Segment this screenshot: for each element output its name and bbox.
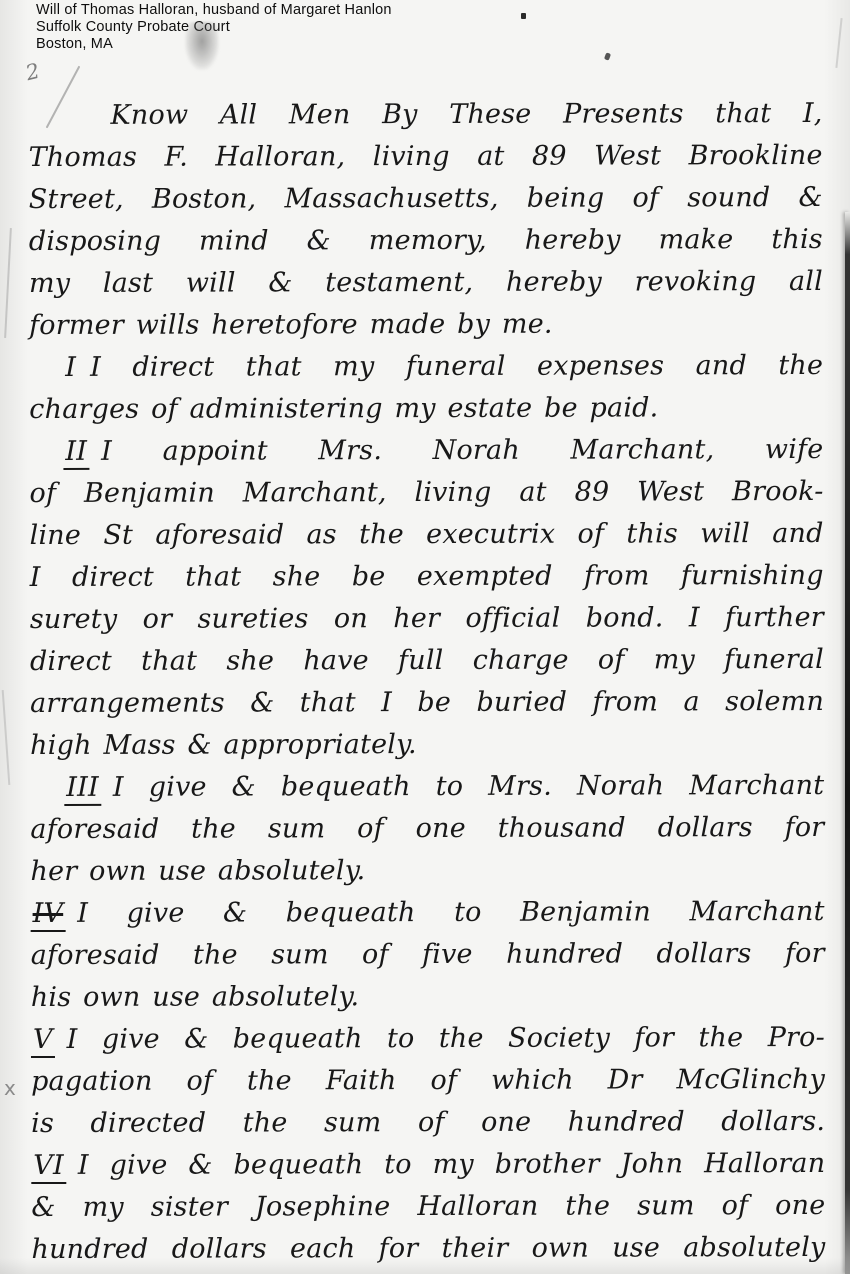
- manuscript: Know All Men By These Presents that I, T…: [28, 93, 825, 1271]
- manuscript-line-text: I give & bequeath to my brother John Hal…: [78, 1148, 826, 1181]
- manuscript-line: Street, Boston, Massachusetts, being of …: [29, 177, 823, 221]
- manuscript-line: aforesaid the sum of one thousand dollar…: [30, 807, 824, 851]
- ink-smudge-artifact: [185, 22, 219, 70]
- scan-scratch-artifact: [4, 228, 12, 338]
- manuscript-line-text: I give & bequeath to Benjamin Marchant: [77, 896, 825, 929]
- manuscript-line-text: arrangements & that I be buried from a s…: [30, 686, 824, 719]
- manuscript-line: I direct that she be exempted from furni…: [30, 555, 824, 599]
- manuscript-line-text: line St aforesaid as the executrix of th…: [30, 518, 824, 551]
- scan-speck-artifact: [604, 52, 611, 60]
- manuscript-line: of Benjamin Marchant, living at 89 West …: [29, 471, 823, 515]
- manuscript-line: aforesaid the sum of five hundred dollar…: [31, 933, 825, 977]
- manuscript-line-text: Thomas F. Halloran, living at 89 West Br…: [29, 140, 823, 173]
- scan-scratch-artifact: [2, 690, 11, 785]
- manuscript-line: IVI give & bequeath to Benjamin Marchant: [31, 891, 825, 935]
- scan-scratch-artifact: [835, 18, 842, 68]
- manuscript-line: line St aforesaid as the executrix of th…: [30, 513, 824, 557]
- manuscript-line-text: high Mass & appropriately.: [30, 729, 417, 761]
- manuscript-line: charges of administering my estate be pa…: [29, 387, 823, 431]
- manuscript-line-text: is directed the sum of one hundred dolla…: [31, 1106, 825, 1139]
- manuscript-line-text: disposing mind & memory, hereby make thi…: [29, 224, 823, 257]
- manuscript-line: is directed the sum of one hundred dolla…: [31, 1101, 825, 1145]
- pencil-check-mark: x: [4, 1076, 16, 1100]
- section-numeral: II: [63, 436, 89, 470]
- manuscript-line: arrangements & that I be buried from a s…: [30, 681, 824, 725]
- section-numeral: III: [64, 772, 101, 806]
- manuscript-line: Thomas F. Halloran, living at 89 West Br…: [29, 135, 823, 179]
- manuscript-line-text: aforesaid the sum of five hundred dollar…: [31, 938, 825, 971]
- manuscript-line-text: charges of administering my estate be pa…: [29, 392, 658, 425]
- manuscript-line: direct that she have full charge of my f…: [30, 639, 824, 683]
- manuscript-line: disposing mind & memory, hereby make thi…: [29, 219, 823, 263]
- manuscript-line-text: of Benjamin Marchant, living at 89 West …: [29, 476, 823, 509]
- manuscript-line: former wills heretofore made by me.: [29, 303, 823, 347]
- manuscript-line-text: I appoint Mrs. Norah Marchant, wife: [101, 434, 823, 467]
- manuscript-line-text: his own use absolutely.: [31, 981, 360, 1013]
- section-numeral: IV: [31, 898, 66, 932]
- manuscript-line: VI give & bequeath to the Society for th…: [31, 1017, 825, 1061]
- manuscript-line-text: surety or sureties on her official bond.…: [30, 602, 824, 635]
- section-numeral: V: [31, 1024, 55, 1058]
- manuscript-line-text: I direct that she be exempted from furni…: [30, 560, 824, 593]
- manuscript-line: VII give & bequeath to my brother John H…: [31, 1143, 825, 1187]
- header-line-title: Will of Thomas Halloran, husband of Marg…: [36, 2, 392, 19]
- pencil-page-number-mark: 2: [23, 59, 42, 86]
- scan-edge-artifact: [845, 212, 850, 1274]
- manuscript-line: & my sister Josephine Halloran the sum o…: [31, 1185, 825, 1229]
- manuscript-line: III appoint Mrs. Norah Marchant, wife: [29, 429, 823, 473]
- manuscript-line-text: former wills heretofore made by me.: [29, 309, 553, 341]
- manuscript-line-text: aforesaid the sum of one thousand dollar…: [30, 812, 824, 845]
- section-numeral: VI: [31, 1150, 66, 1184]
- manuscript-line: surety or sureties on her official bond.…: [30, 597, 824, 641]
- manuscript-line: her own use absolutely.: [30, 849, 824, 893]
- manuscript-line: Know All Men By These Presents that I,: [28, 93, 822, 137]
- scanned-will-page: Will of Thomas Halloran, husband of Marg…: [0, 0, 850, 1274]
- manuscript-line-text: pagation of the Faith of which Dr McGlin…: [31, 1064, 825, 1097]
- manuscript-line: high Mass & appropriately.: [30, 723, 824, 767]
- manuscript-line: his own use absolutely.: [31, 975, 825, 1019]
- manuscript-line: pagation of the Faith of which Dr McGlin…: [31, 1059, 825, 1103]
- manuscript-line-text: Know All Men By These Presents that I,: [110, 98, 822, 131]
- manuscript-line-text: I give & bequeath to the Society for the…: [67, 1022, 825, 1055]
- manuscript-line-text: I give & bequeath to Mrs. Norah Marchant: [113, 770, 824, 803]
- manuscript-line-text: direct that she have full charge of my f…: [30, 644, 824, 677]
- scan-speck-artifact: [521, 13, 526, 19]
- manuscript-line: II direct that my funeral expenses and t…: [29, 345, 823, 389]
- manuscript-line-text: my last will & testament, hereby revokin…: [29, 266, 823, 299]
- manuscript-line-text: her own use absolutely.: [30, 855, 365, 887]
- manuscript-line-text: & my sister Josephine Halloran the sum o…: [31, 1190, 825, 1223]
- manuscript-line: my last will & testament, hereby revokin…: [29, 261, 823, 305]
- manuscript-line-text: Street, Boston, Massachusetts, being of …: [29, 182, 823, 215]
- manuscript-line: hundred dollars each for their own use a…: [31, 1227, 825, 1271]
- manuscript-line-text: hundred dollars each for their own use a…: [31, 1232, 825, 1265]
- manuscript-line: IIII give & bequeath to Mrs. Norah March…: [30, 765, 824, 809]
- section-numeral: I: [63, 352, 78, 384]
- manuscript-line-text: I direct that my funeral expenses and th…: [90, 350, 823, 383]
